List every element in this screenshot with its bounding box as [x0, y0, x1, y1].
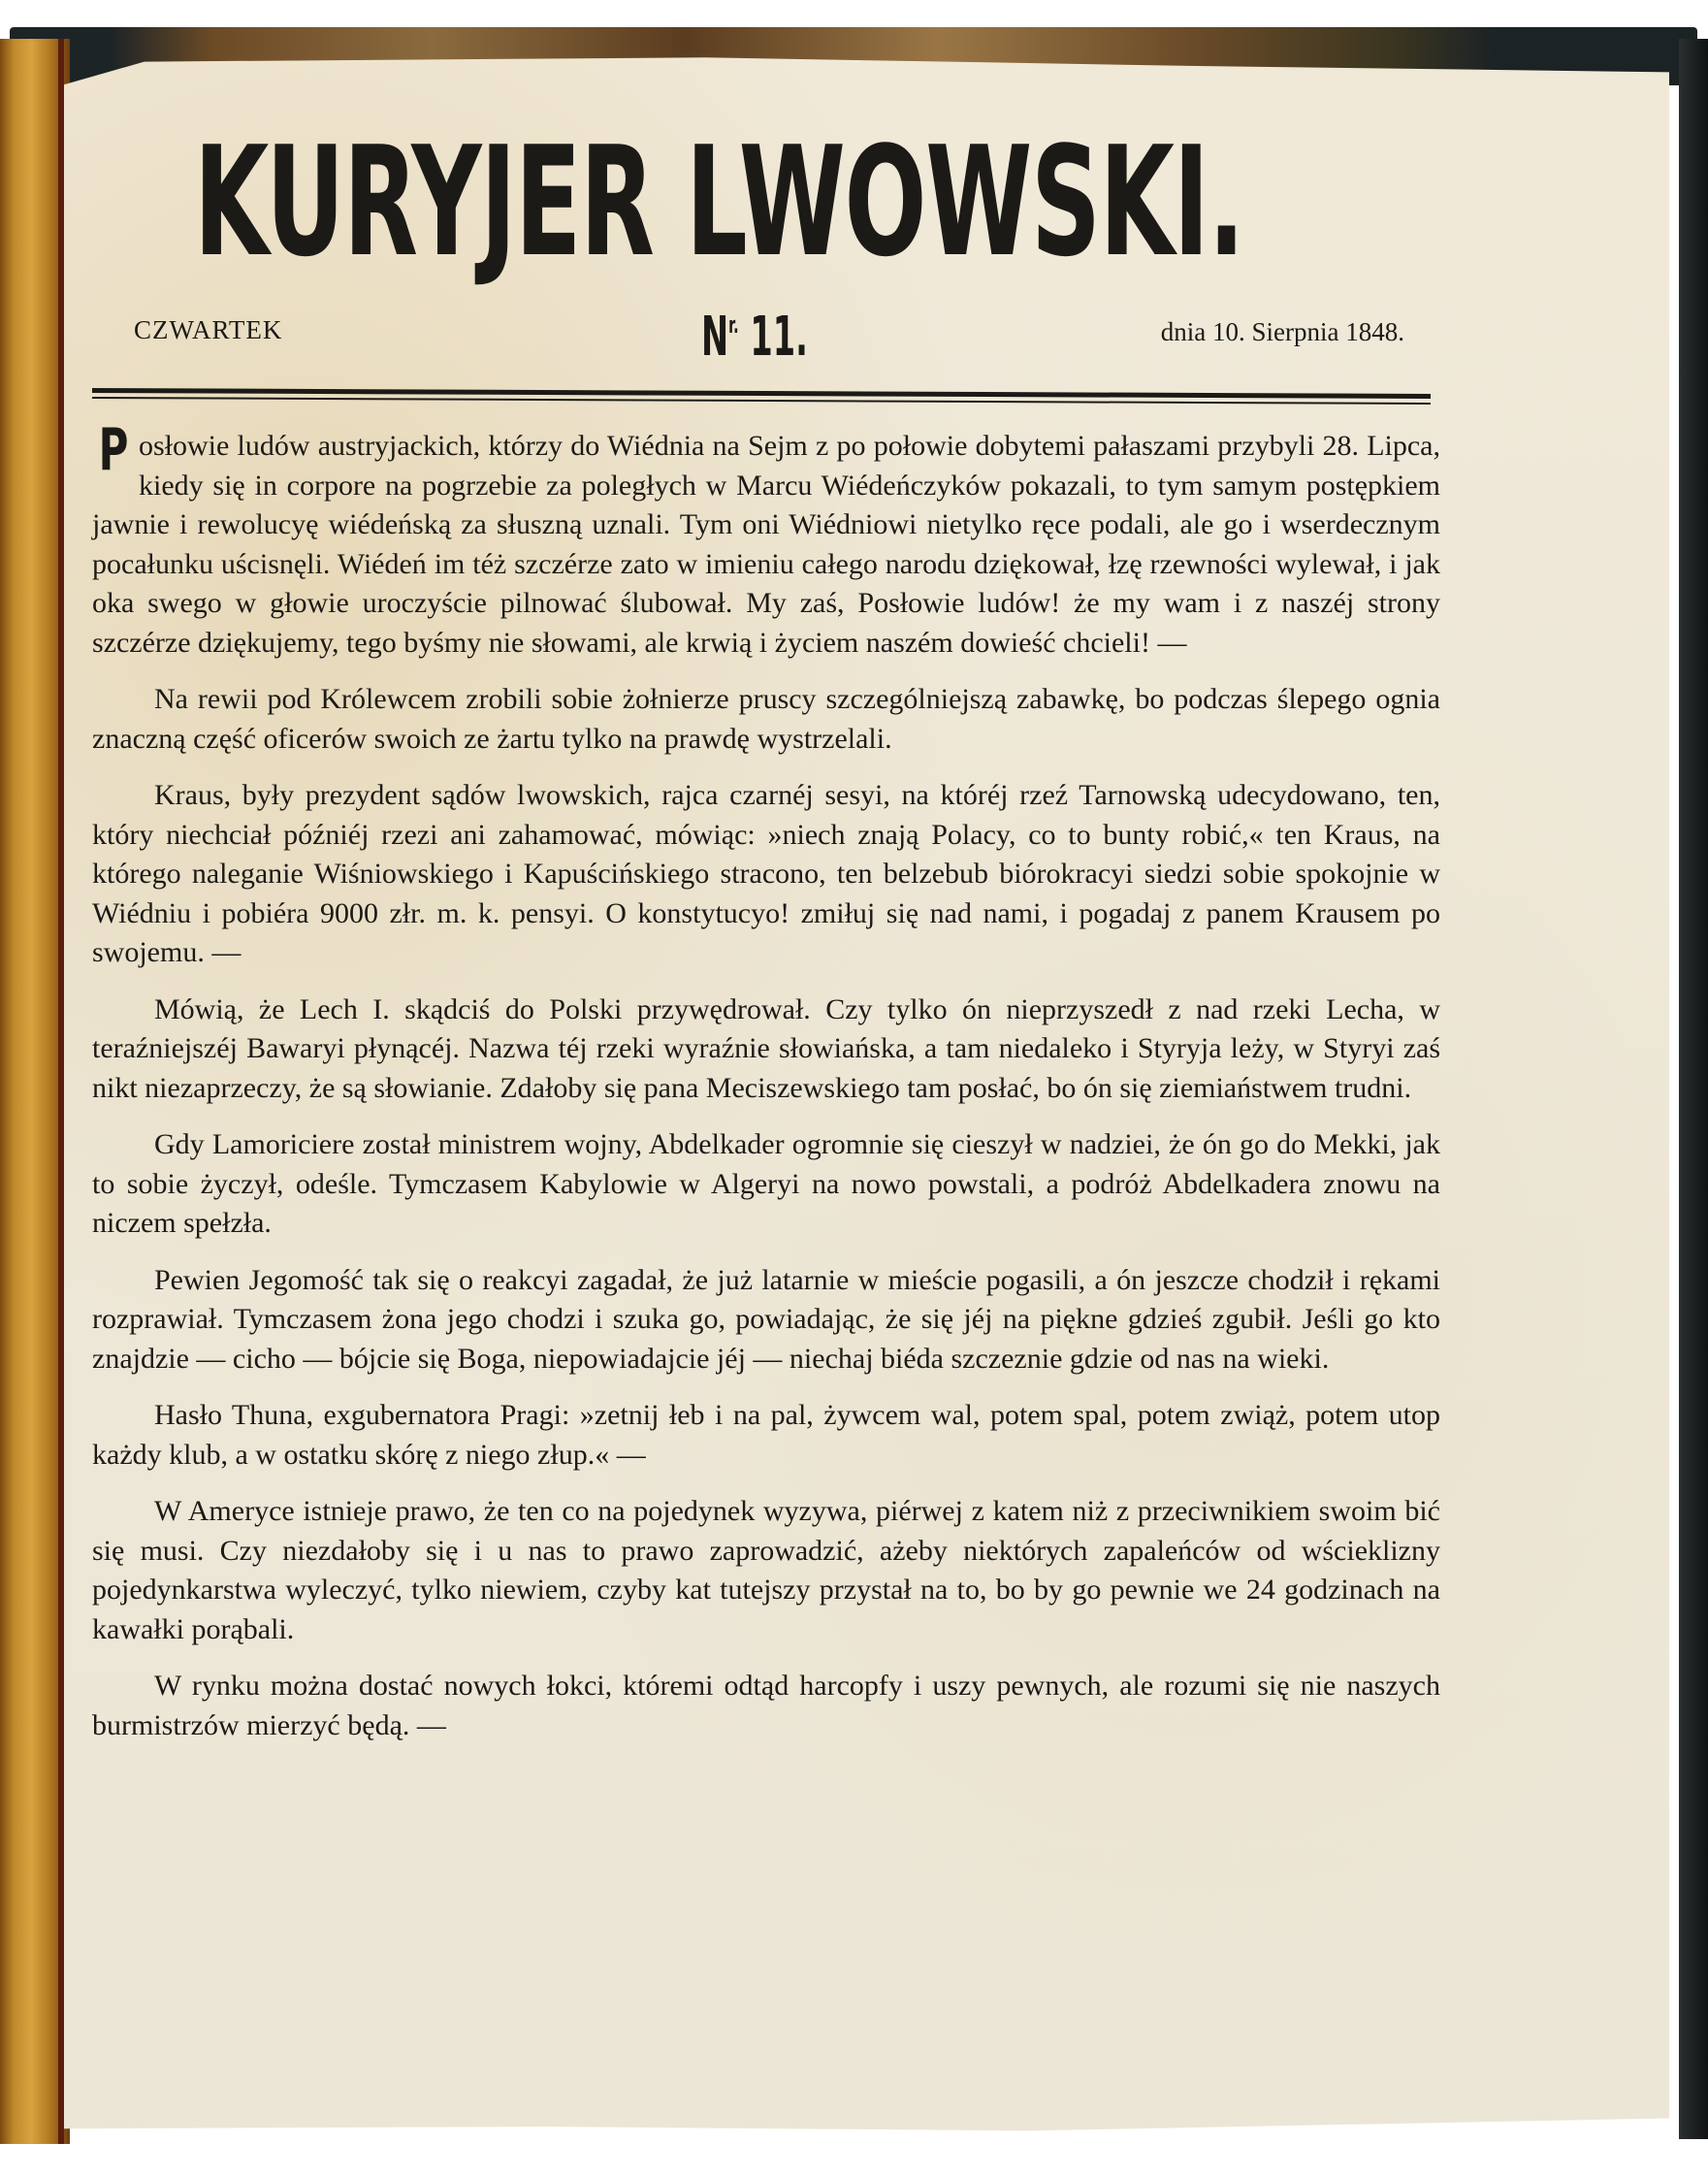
dateline: CZWARTEK Nr. 11. dnia 10. Sierpnia 1848.: [134, 306, 1404, 364]
article-paragraph: Gdy Lamoriciere został ministrem wojny, …: [92, 1125, 1440, 1244]
issue-number: Nr. 11.: [701, 306, 808, 369]
article-paragraph: Na rewii pod Królewcem zrobili sobie żoł…: [92, 680, 1440, 759]
article-paragraph: Hasło Thuna, exgubernatora Pragi: »zetni…: [92, 1396, 1440, 1475]
issue-prefix: N: [701, 306, 728, 369]
weekday: CZWARTEK: [134, 315, 282, 345]
spine-edge: [58, 39, 64, 2144]
masthead-title: KURYJER LWOWSKI.: [194, 126, 908, 277]
book-cover-board: [1679, 39, 1708, 2139]
article-paragraph: Posłowie ludów austryjackich, którzy do …: [92, 427, 1440, 663]
drop-cap: P: [99, 431, 129, 470]
paragraph-text: osłowie ludów austryjackich, którzy do W…: [92, 430, 1440, 659]
issue-value: 11.: [750, 306, 808, 369]
article-paragraph: Mówią, że Lech I. skądciś do Polski przy…: [92, 990, 1440, 1109]
article-paragraph: Pewien Jegomość tak się o reakcyi zagada…: [92, 1261, 1440, 1380]
article-paragraph: Kraus, były prezydent sądów lwowskich, r…: [92, 776, 1440, 973]
article-paragraph: W Ameryce istnieje prawo, że ten co na p…: [92, 1492, 1440, 1649]
issue-sup: r.: [728, 311, 739, 339]
article-paragraph: W rynku można dostać nowych łokci, które…: [92, 1667, 1440, 1745]
article-body: Posłowie ludów austryjackich, którzy do …: [92, 427, 1440, 1763]
issue-date: dnia 10. Sierpnia 1848.: [1161, 317, 1404, 347]
